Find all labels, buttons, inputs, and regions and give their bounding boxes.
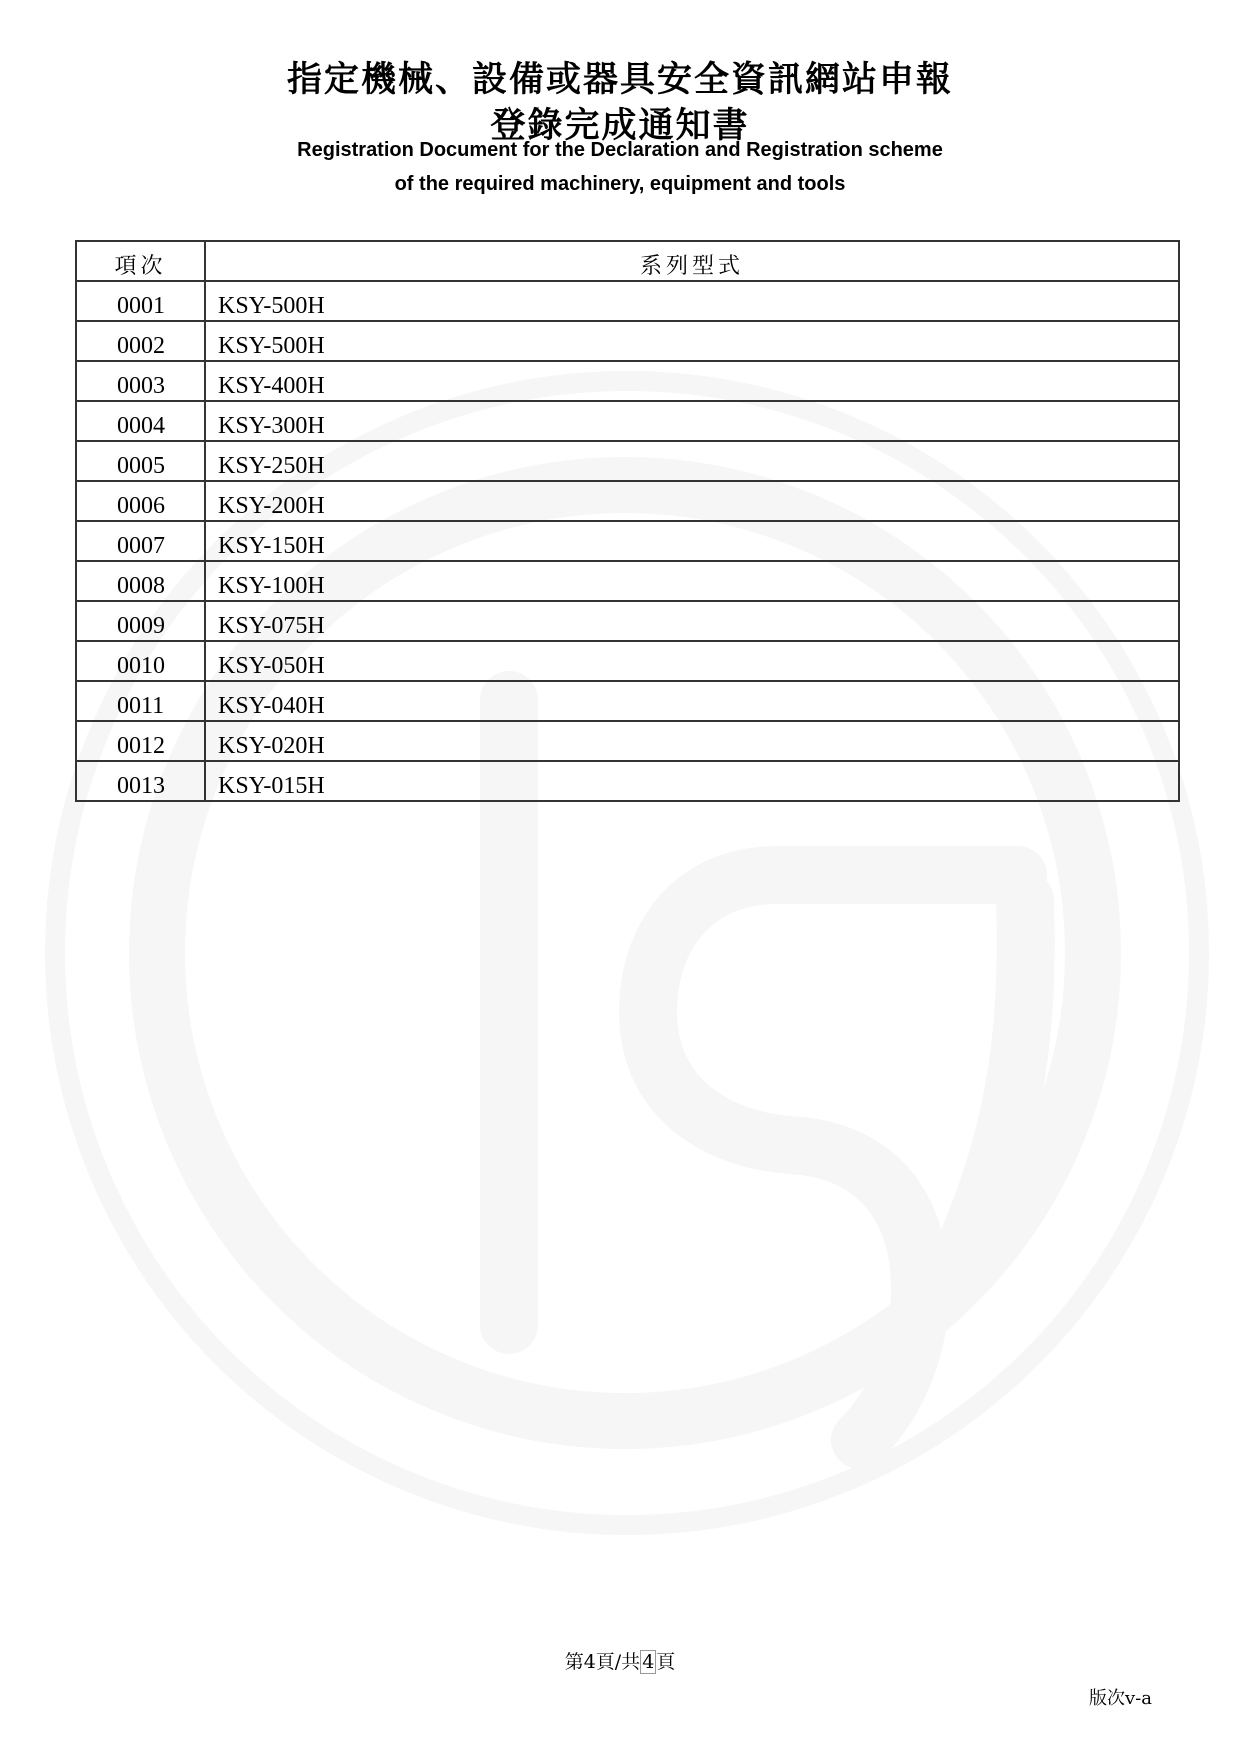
table-row: 0003KSY-400H	[76, 361, 1179, 401]
series-model-cell: KSY-040H	[205, 681, 1179, 721]
table-row: 0007KSY-150H	[76, 521, 1179, 561]
model-series-table: 項次 系列型式 0001KSY-500H0002KSY-500H0003KSY-…	[75, 240, 1180, 802]
table-row: 0011KSY-040H	[76, 681, 1179, 721]
table-row: 0010KSY-050H	[76, 641, 1179, 681]
series-model-cell: KSY-150H	[205, 521, 1179, 561]
item-number-cell: 0009	[76, 601, 205, 641]
item-number-cell: 0004	[76, 401, 205, 441]
table-row: 0001KSY-500H	[76, 281, 1179, 321]
item-number-cell: 0005	[76, 441, 205, 481]
item-number-cell: 0006	[76, 481, 205, 521]
version-label: 版次v-a	[1089, 1684, 1152, 1710]
item-number-cell: 0002	[76, 321, 205, 361]
series-model-cell: KSY-020H	[205, 721, 1179, 761]
table-row: 0006KSY-200H	[76, 481, 1179, 521]
series-model-cell: KSY-015H	[205, 761, 1179, 801]
series-model-cell: KSY-250H	[205, 441, 1179, 481]
series-model-cell: KSY-500H	[205, 281, 1179, 321]
table-row: 0004KSY-300H	[76, 401, 1179, 441]
page-total: 4	[640, 1650, 656, 1674]
series-model-cell: KSY-500H	[205, 321, 1179, 361]
document-title-english: Registration Document for the Declaratio…	[0, 139, 1240, 162]
document-title-chinese: 指定機械、設備或器具安全資訊網站申報	[0, 52, 1240, 102]
item-number-cell: 0007	[76, 521, 205, 561]
item-number-cell: 0012	[76, 721, 205, 761]
table-header-row: 項次 系列型式	[76, 241, 1179, 281]
item-number-cell: 0008	[76, 561, 205, 601]
page-number-prefix: 第4頁/共	[565, 1651, 641, 1673]
table-row: 0013KSY-015H	[76, 761, 1179, 801]
series-model-cell: KSY-100H	[205, 561, 1179, 601]
item-number-cell: 0003	[76, 361, 205, 401]
series-model-cell: KSY-400H	[205, 361, 1179, 401]
page-number: 第4頁/共4頁	[0, 1647, 1240, 1674]
item-number-cell: 0011	[76, 681, 205, 721]
series-model-cell: KSY-200H	[205, 481, 1179, 521]
table-row: 0008KSY-100H	[76, 561, 1179, 601]
series-model-cell: KSY-050H	[205, 641, 1179, 681]
series-model-cell: KSY-075H	[205, 601, 1179, 641]
table-row: 0012KSY-020H	[76, 721, 1179, 761]
table-row: 0005KSY-250H	[76, 441, 1179, 481]
column-header-series-model: 系列型式	[205, 241, 1179, 281]
document-subtitle-english: of the required machinery, equipment and…	[0, 173, 1240, 196]
series-model-cell: KSY-300H	[205, 401, 1179, 441]
item-number-cell: 0013	[76, 761, 205, 801]
item-number-cell: 0001	[76, 281, 205, 321]
table-row: 0009KSY-075H	[76, 601, 1179, 641]
column-header-item-no: 項次	[76, 241, 205, 281]
page-number-suffix: 頁	[656, 1651, 675, 1673]
table-row: 0002KSY-500H	[76, 321, 1179, 361]
item-number-cell: 0010	[76, 641, 205, 681]
